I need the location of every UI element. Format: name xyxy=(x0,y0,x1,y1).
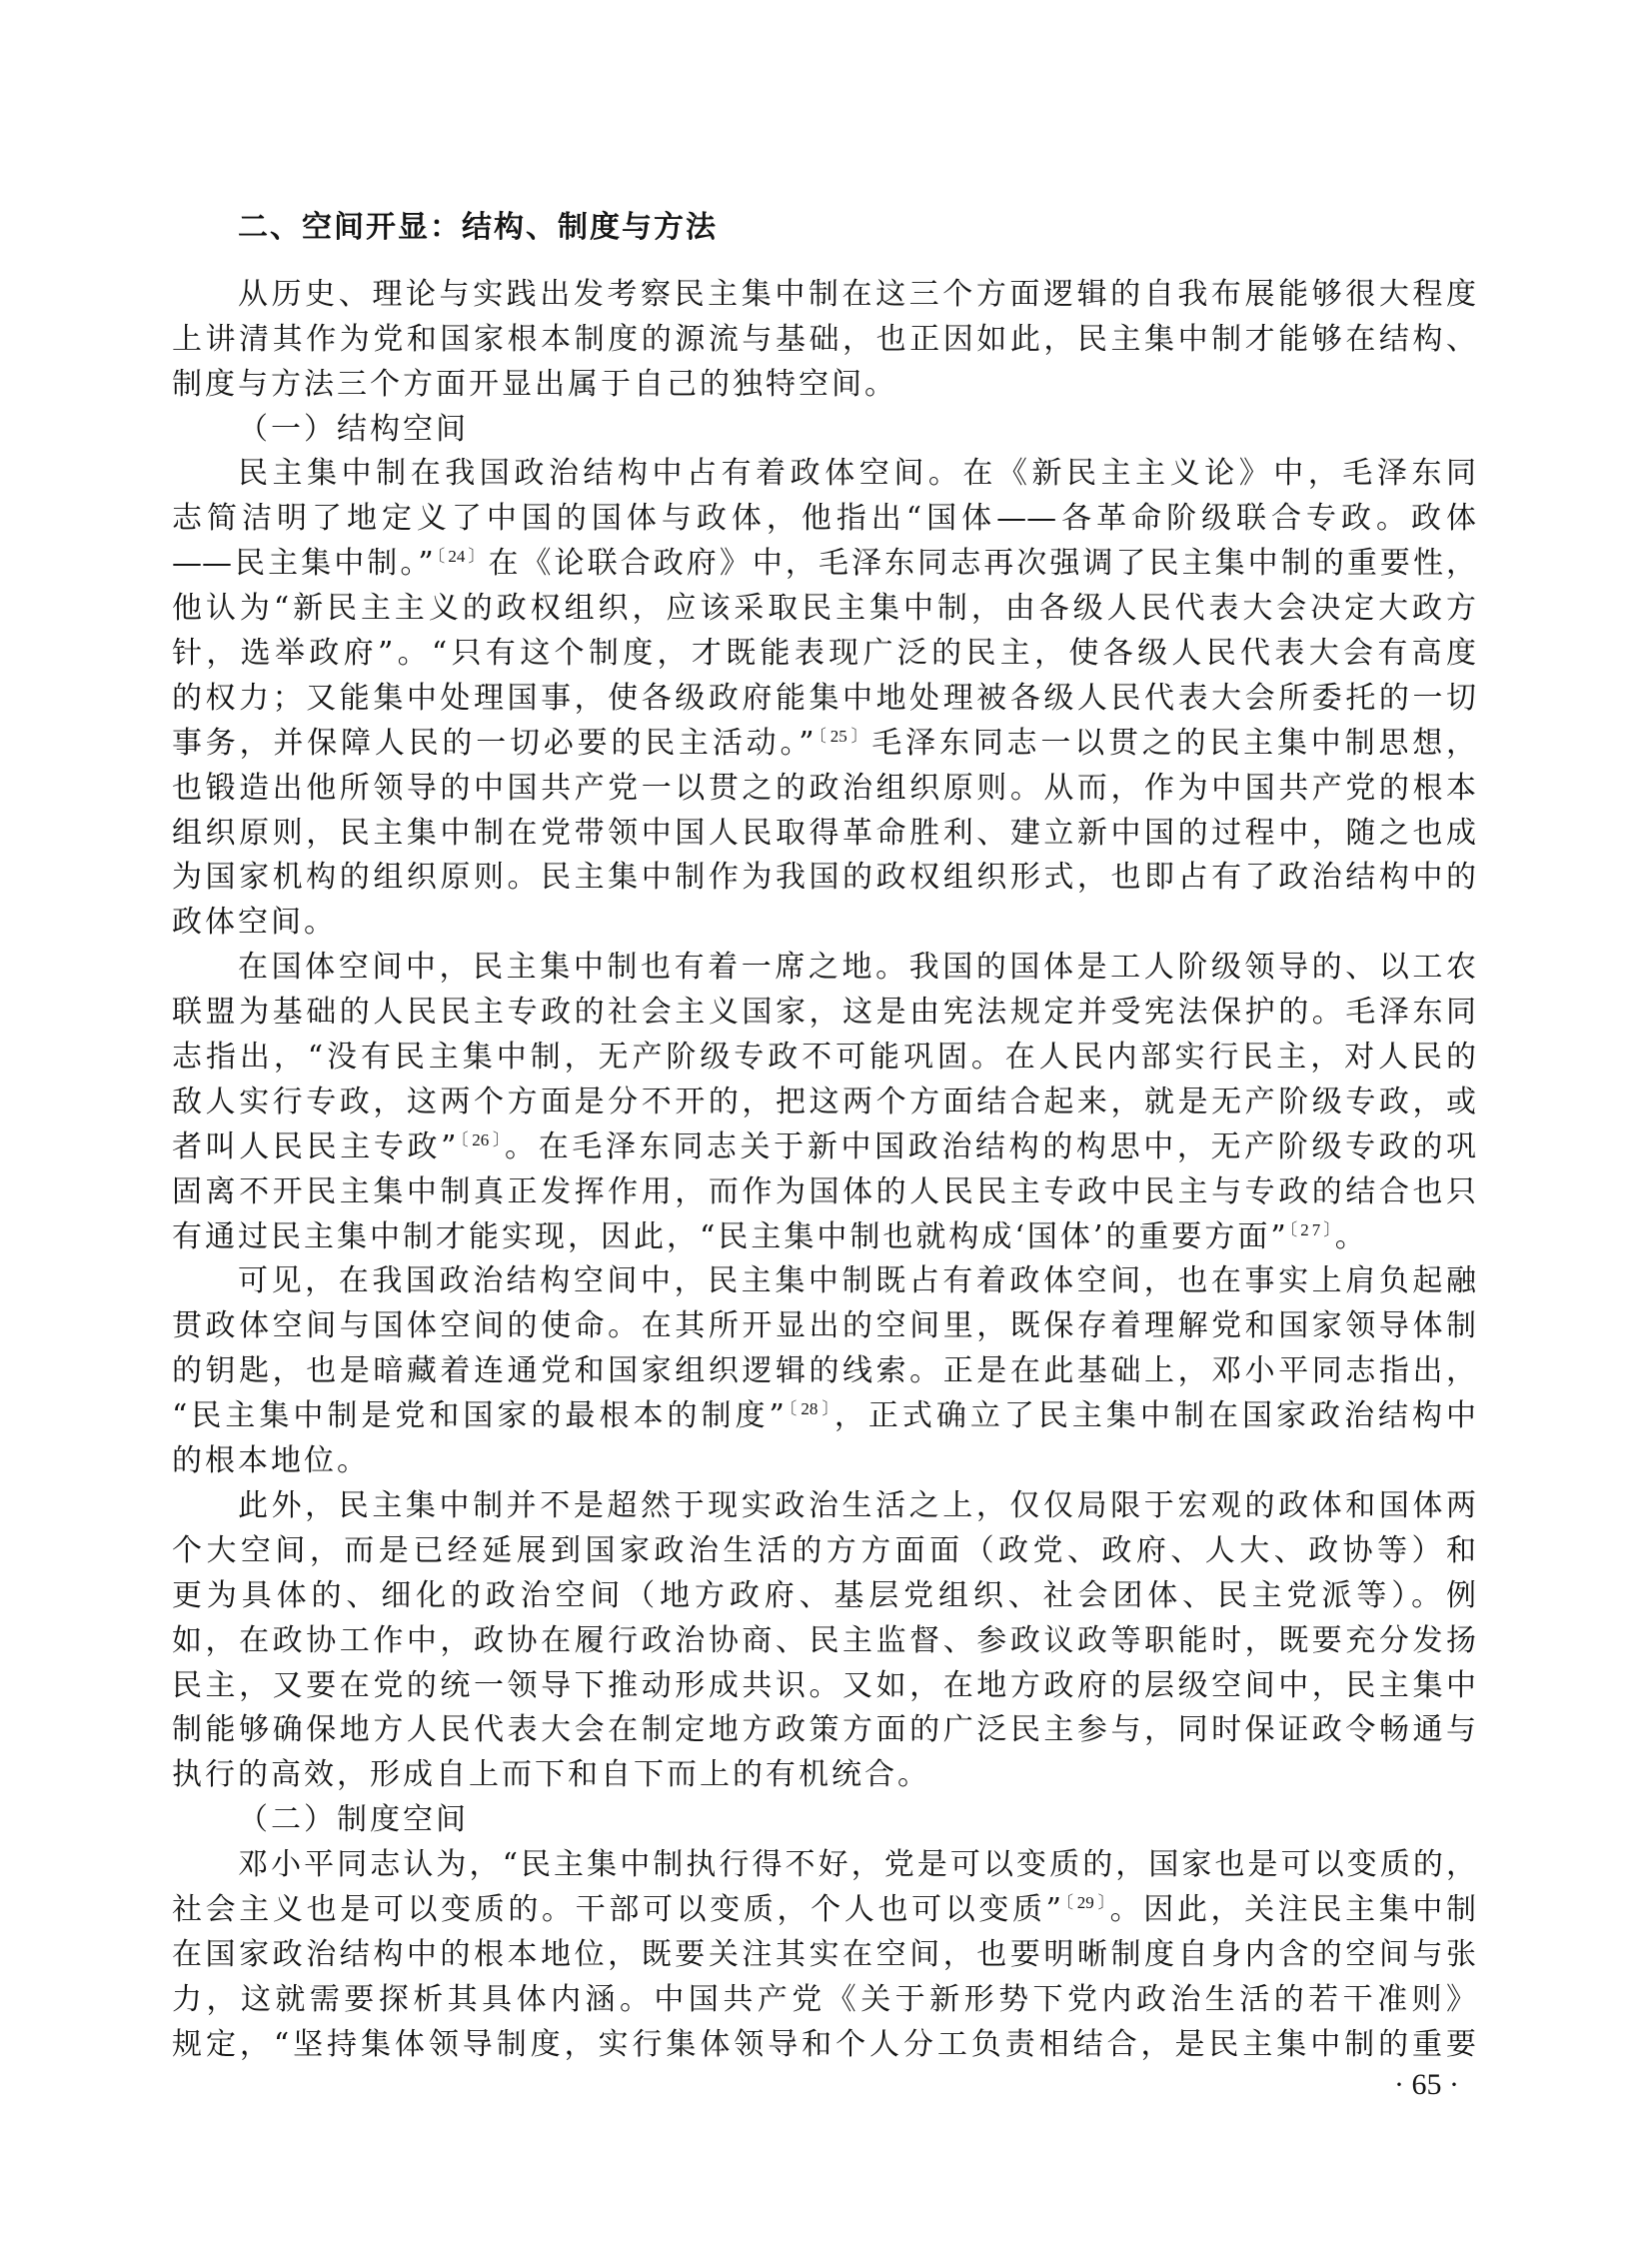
paragraph-institution-space: 邓小平同志认为，“民主集中制执行得不好，党是可以变质的，国家也是可以变质的， 社… xyxy=(172,1843,1476,2067)
text-line: 执行的高效，形成自上而下和自下而上的有机统合。 xyxy=(172,1753,1476,1798)
citation-ref: 〔26〕 xyxy=(456,1130,505,1149)
text-line: 固离不开民主集中制真正发挥作用，而作为国体的人民民主专政中民主与专政的结合也只 xyxy=(172,1170,1476,1215)
line-text: 毛泽东同志一以贯之的民主集中制思想， xyxy=(871,726,1476,761)
text-line: 贯政体空间与国体空间的使命。在其所开显出的空间里，既保存着理解党和国家领导体制 xyxy=(172,1304,1476,1349)
text-line: 从历史、理论与实践出发考察民主集中制在这三个方面逻辑的自我布展能够很大程度 xyxy=(172,273,1476,318)
text-line: 的权力；又能集中处理国事，使各级政府能集中地处理被各级人民代表大会所委托的一切 xyxy=(172,677,1476,722)
text-line: 在国体空间中，民主集中制也有着一席之地。我国的国体是工人阶级领导的、以工农 xyxy=(172,946,1476,991)
citation-ref: 〔27〕 xyxy=(1289,1220,1335,1239)
page-text-block: 二、空间开显：结构、制度与方法 从历史、理论与实践出发考察民主集中制在这三个方面… xyxy=(172,206,1476,2068)
paragraph-state-system-space: 在国体空间中，民主集中制也有着一席之地。我国的国体是工人阶级领导的、以工农 联盟… xyxy=(172,946,1476,1259)
text-line: 志简洁明了地定义了中国的国体与政体，他指出“国体——各革命阶级联合专政。政体 xyxy=(172,497,1476,542)
text-line: 社会主义也是可以变质的。干部可以变质，个人也可以变质”〔29〕。因此，关注民主集… xyxy=(172,1888,1476,1933)
subsection-heading-structure: （一）结构空间 xyxy=(172,408,1476,453)
text-line: 敌人实行专政，这两个方面是分不开的，把这两个方面结合起来，就是无产阶级专政，或 xyxy=(172,1081,1476,1125)
text-line: 的钥匙，也是暗藏着连通党和国家组织逻辑的线索。正是在此基础上，邓小平同志指出， xyxy=(172,1349,1476,1394)
text-line: 上讲清其作为党和国家根本制度的源流与基础，也正因如此，民主集中制才能够在结构、 xyxy=(172,318,1476,363)
line-text: 。 xyxy=(1335,1219,1368,1254)
text-line: 也锻造出他所领导的中国共产党一以贯之的政治组织原则。从而，作为中国共产党的根本 xyxy=(172,767,1476,812)
citation-ref: 〔24〕 xyxy=(434,547,489,566)
text-line: 此外，民主集中制并不是超然于现实政治生活之上，仅仅局限于宏观的政体和国体两 xyxy=(172,1484,1476,1529)
text-line: 规定，“坚持集体领导制度，实行集体领导和个人分工负责相结合，是民主集中制的重要 xyxy=(172,2023,1476,2068)
text-line: 可见，在我国政治结构空间中，民主集中制既占有着政体空间，也在事实上肩负起融 xyxy=(172,1259,1476,1304)
paragraph-intro: 从历史、理论与实践出发考察民主集中制在这三个方面逻辑的自我布展能够很大程度 上讲… xyxy=(172,273,1476,408)
text-line: 志指出，“没有民主集中制，无产阶级专政不可能巩固。在人民内部实行民主，对人民的 xyxy=(172,1036,1476,1081)
line-text: 。在毛泽东同志关于新中国政治结构的构思中，无产阶级专政的巩 xyxy=(505,1129,1476,1164)
text-line: 在国家政治结构中的根本地位，既要关注其实在空间，也要明晰制度自身内含的空间与张 xyxy=(172,1933,1476,1978)
line-text: ——民主集中制。” xyxy=(172,546,434,581)
line-text: 有通过民主集中制才能实现，因此，“民主集中制也就构成‘国体’的重要方面” xyxy=(172,1219,1289,1254)
line-text: 。因此，关注民主集中制 xyxy=(1110,1892,1476,1927)
text-line: 他认为“新民主主义的政权组织，应该采取民主集中制，由各级人民代表大会决定大政方 xyxy=(172,587,1476,632)
text-line: 组织原则，民主集中制在党带领中国人民取得革命胜利、建立新中国的过程中，随之也成 xyxy=(172,812,1476,857)
paragraph-extended-space: 此外，民主集中制并不是超然于现实政治生活之上，仅仅局限于宏观的政体和国体两 个大… xyxy=(172,1484,1476,1798)
text-line: 如，在政协工作中，政协在履行政治协商、民主监督、参政议政等职能时，既要充分发扬 xyxy=(172,1619,1476,1664)
line-text: ，正式确立了民主集中制在国家政治结构中 xyxy=(834,1398,1476,1433)
text-line: 有通过民主集中制才能实现，因此，“民主集中制也就构成‘国体’的重要方面”〔27〕… xyxy=(172,1215,1476,1260)
page-number: · 65 · xyxy=(1379,2065,1459,2105)
text-line: ——民主集中制。”〔24〕在《论联合政府》中，毛泽东同志再次强调了民主集中制的重… xyxy=(172,542,1476,587)
text-line: 针，选举政府”。“只有这个制度，才既能表现广泛的民主，使各级人民代表大会有高度 xyxy=(172,632,1476,677)
text-line: 联盟为基础的人民民主专政的社会主义国家，这是由宪法规定并受宪法保护的。毛泽东同 xyxy=(172,991,1476,1036)
line-text: 事务，并保障人民的一切必要的民主活动。” xyxy=(172,726,815,761)
citation-ref: 〔25〕 xyxy=(815,727,872,746)
text-line: 政体空间。 xyxy=(172,901,1476,946)
text-line: 为国家机构的组织原则。民主集中制作为我国的政权组织形式，也即占有了政治结构中的 xyxy=(172,856,1476,901)
subsection-heading-institution: （二）制度空间 xyxy=(172,1798,1476,1843)
line-text: 社会主义也是可以变质的。干部可以变质，个人也可以变质” xyxy=(172,1892,1061,1927)
section-heading: 二、空间开显：结构、制度与方法 xyxy=(172,206,1476,251)
text-line: “民主集中制是党和国家的最根本的制度”〔28〕，正式确立了民主集中制在国家政治结… xyxy=(172,1394,1476,1439)
text-line: 的根本地位。 xyxy=(172,1439,1476,1484)
paragraph-fusion: 可见，在我国政治结构空间中，民主集中制既占有着政体空间，也在事实上肩负起融 贯政… xyxy=(172,1259,1476,1483)
text-line: 制度与方法三个方面开显出属于自己的独特空间。 xyxy=(172,363,1476,408)
text-line: 者叫人民民主专政”〔26〕。在毛泽东同志关于新中国政治结构的构思中，无产阶级专政… xyxy=(172,1125,1476,1170)
text-line: 力，这就需要探析其具体内涵。中国共产党《关于新形势下党内政治生活的若干准则》 xyxy=(172,1978,1476,2023)
text-line: 个大空间，而是已经延展到国家政治生活的方方面面（政党、政府、人大、政协等）和 xyxy=(172,1529,1476,1574)
text-line: 制能够确保地方人民代表大会在制定地方政策方面的广泛民主参与，同时保证政令畅通与 xyxy=(172,1708,1476,1753)
text-line: 邓小平同志认为，“民主集中制执行得不好，党是可以变质的，国家也是可以变质的， xyxy=(172,1843,1476,1888)
text-line: 民主集中制在我国政治结构中占有着政体空间。在《新民主主义论》中，毛泽东同 xyxy=(172,452,1476,497)
text-line: 民主，又要在党的统一领导下推动形成共识。又如，在地方政府的层级空间中，民主集中 xyxy=(172,1664,1476,1709)
line-text: 者叫人民民主专政” xyxy=(172,1129,456,1164)
line-text: “民主集中制是党和国家的最根本的制度” xyxy=(172,1398,785,1433)
citation-ref: 〔28〕 xyxy=(785,1399,834,1418)
paragraph-polity-space: 民主集中制在我国政治结构中占有着政体空间。在《新民主主义论》中，毛泽东同 志简洁… xyxy=(172,452,1476,946)
line-text: 在《论联合政府》中，毛泽东同志再次强调了民主集中制的重要性， xyxy=(488,546,1476,581)
text-line: 更为具体的、细化的政治空间（地方政府、基层党组织、社会团体、民主党派等）。例 xyxy=(172,1574,1476,1619)
citation-ref: 〔29〕 xyxy=(1061,1893,1110,1912)
text-line: 事务，并保障人民的一切必要的民主活动。”〔25〕毛泽东同志一以贯之的民主集中制思… xyxy=(172,722,1476,767)
